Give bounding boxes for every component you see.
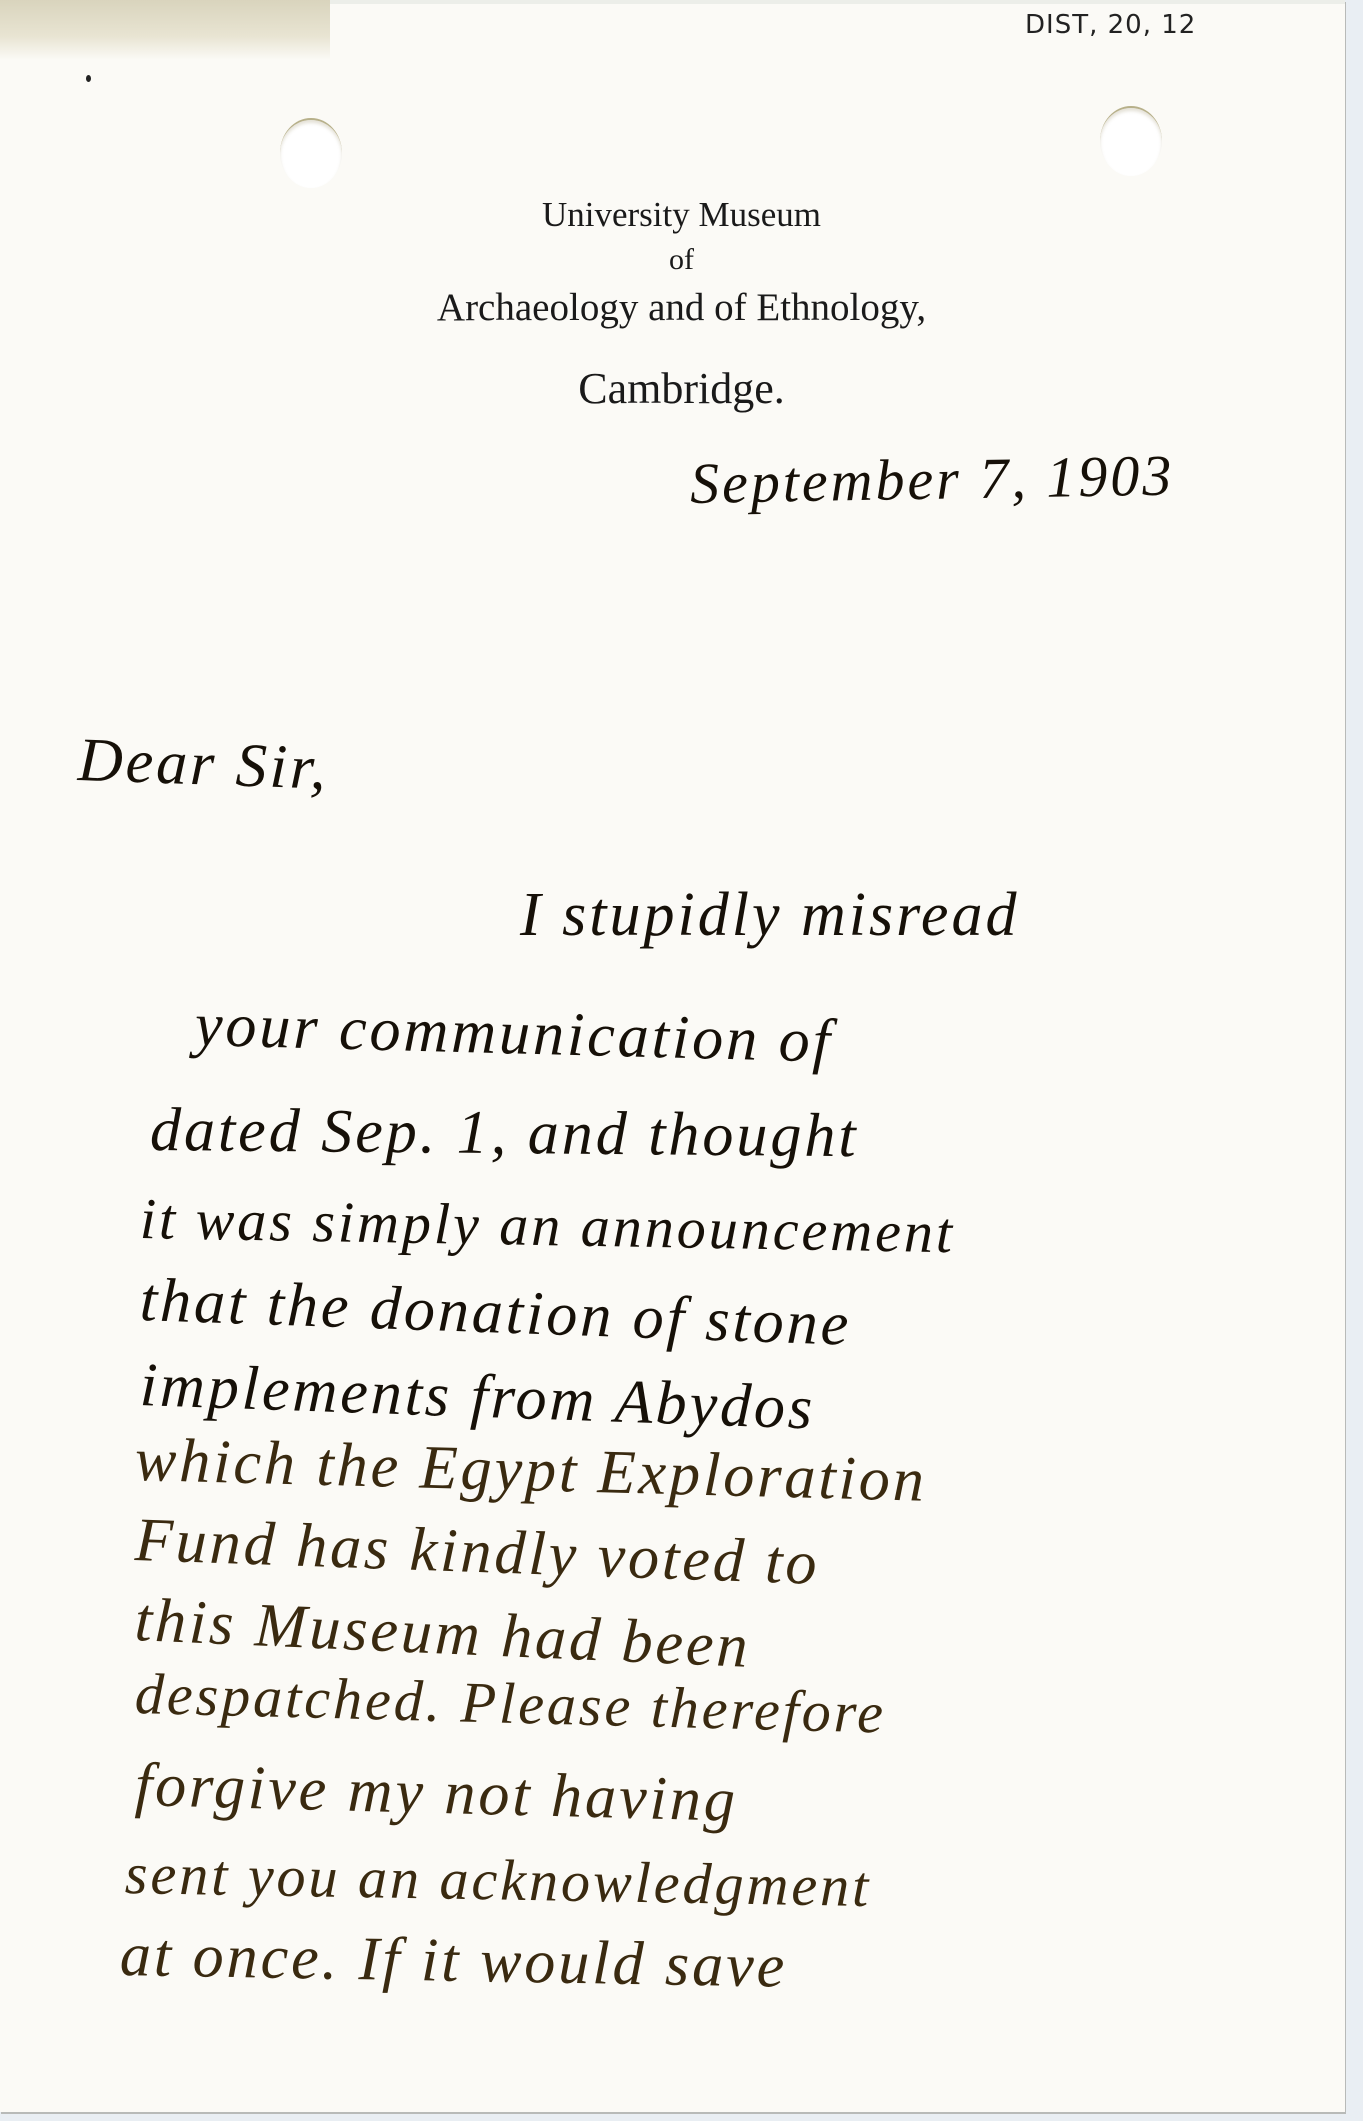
archive-reference: DIST, 20, 12: [1025, 10, 1196, 40]
body-line: forgive my not having: [134, 1750, 739, 1837]
letterhead-line-4: Cambridge.: [0, 363, 1363, 414]
punch-hole-left: [280, 118, 342, 188]
letterhead-line-1: University Museum: [0, 195, 1363, 235]
letterhead-line-3: Archaeology and of Ethnology,: [0, 285, 1363, 330]
letterhead-line-2: of: [0, 243, 1363, 277]
body-line: sent you an acknowledgment: [124, 1840, 872, 1920]
ink-speck: [86, 75, 91, 82]
body-line: that the donation of stone: [139, 1265, 853, 1361]
body-line: despatched. Please therefore: [134, 1660, 887, 1747]
letter-page: DIST, 20, 12 University Museum of Archae…: [0, 0, 1345, 2112]
punch-hole-right: [1100, 106, 1162, 176]
body-line: it was simply an announcement: [139, 1185, 955, 1266]
body-line: I stupidly misread: [520, 880, 1019, 951]
letter-date: September 7, 1903: [689, 442, 1174, 517]
body-line: your communication of: [194, 990, 834, 1078]
body-line: dated Sep. 1, and thought: [150, 1095, 859, 1172]
body-line: Fund has kindly voted to: [134, 1505, 821, 1600]
body-line: at once. If it would save: [119, 1920, 787, 2003]
paper-stain: [0, 0, 330, 60]
salutation: Dear Sir,: [77, 725, 330, 805]
